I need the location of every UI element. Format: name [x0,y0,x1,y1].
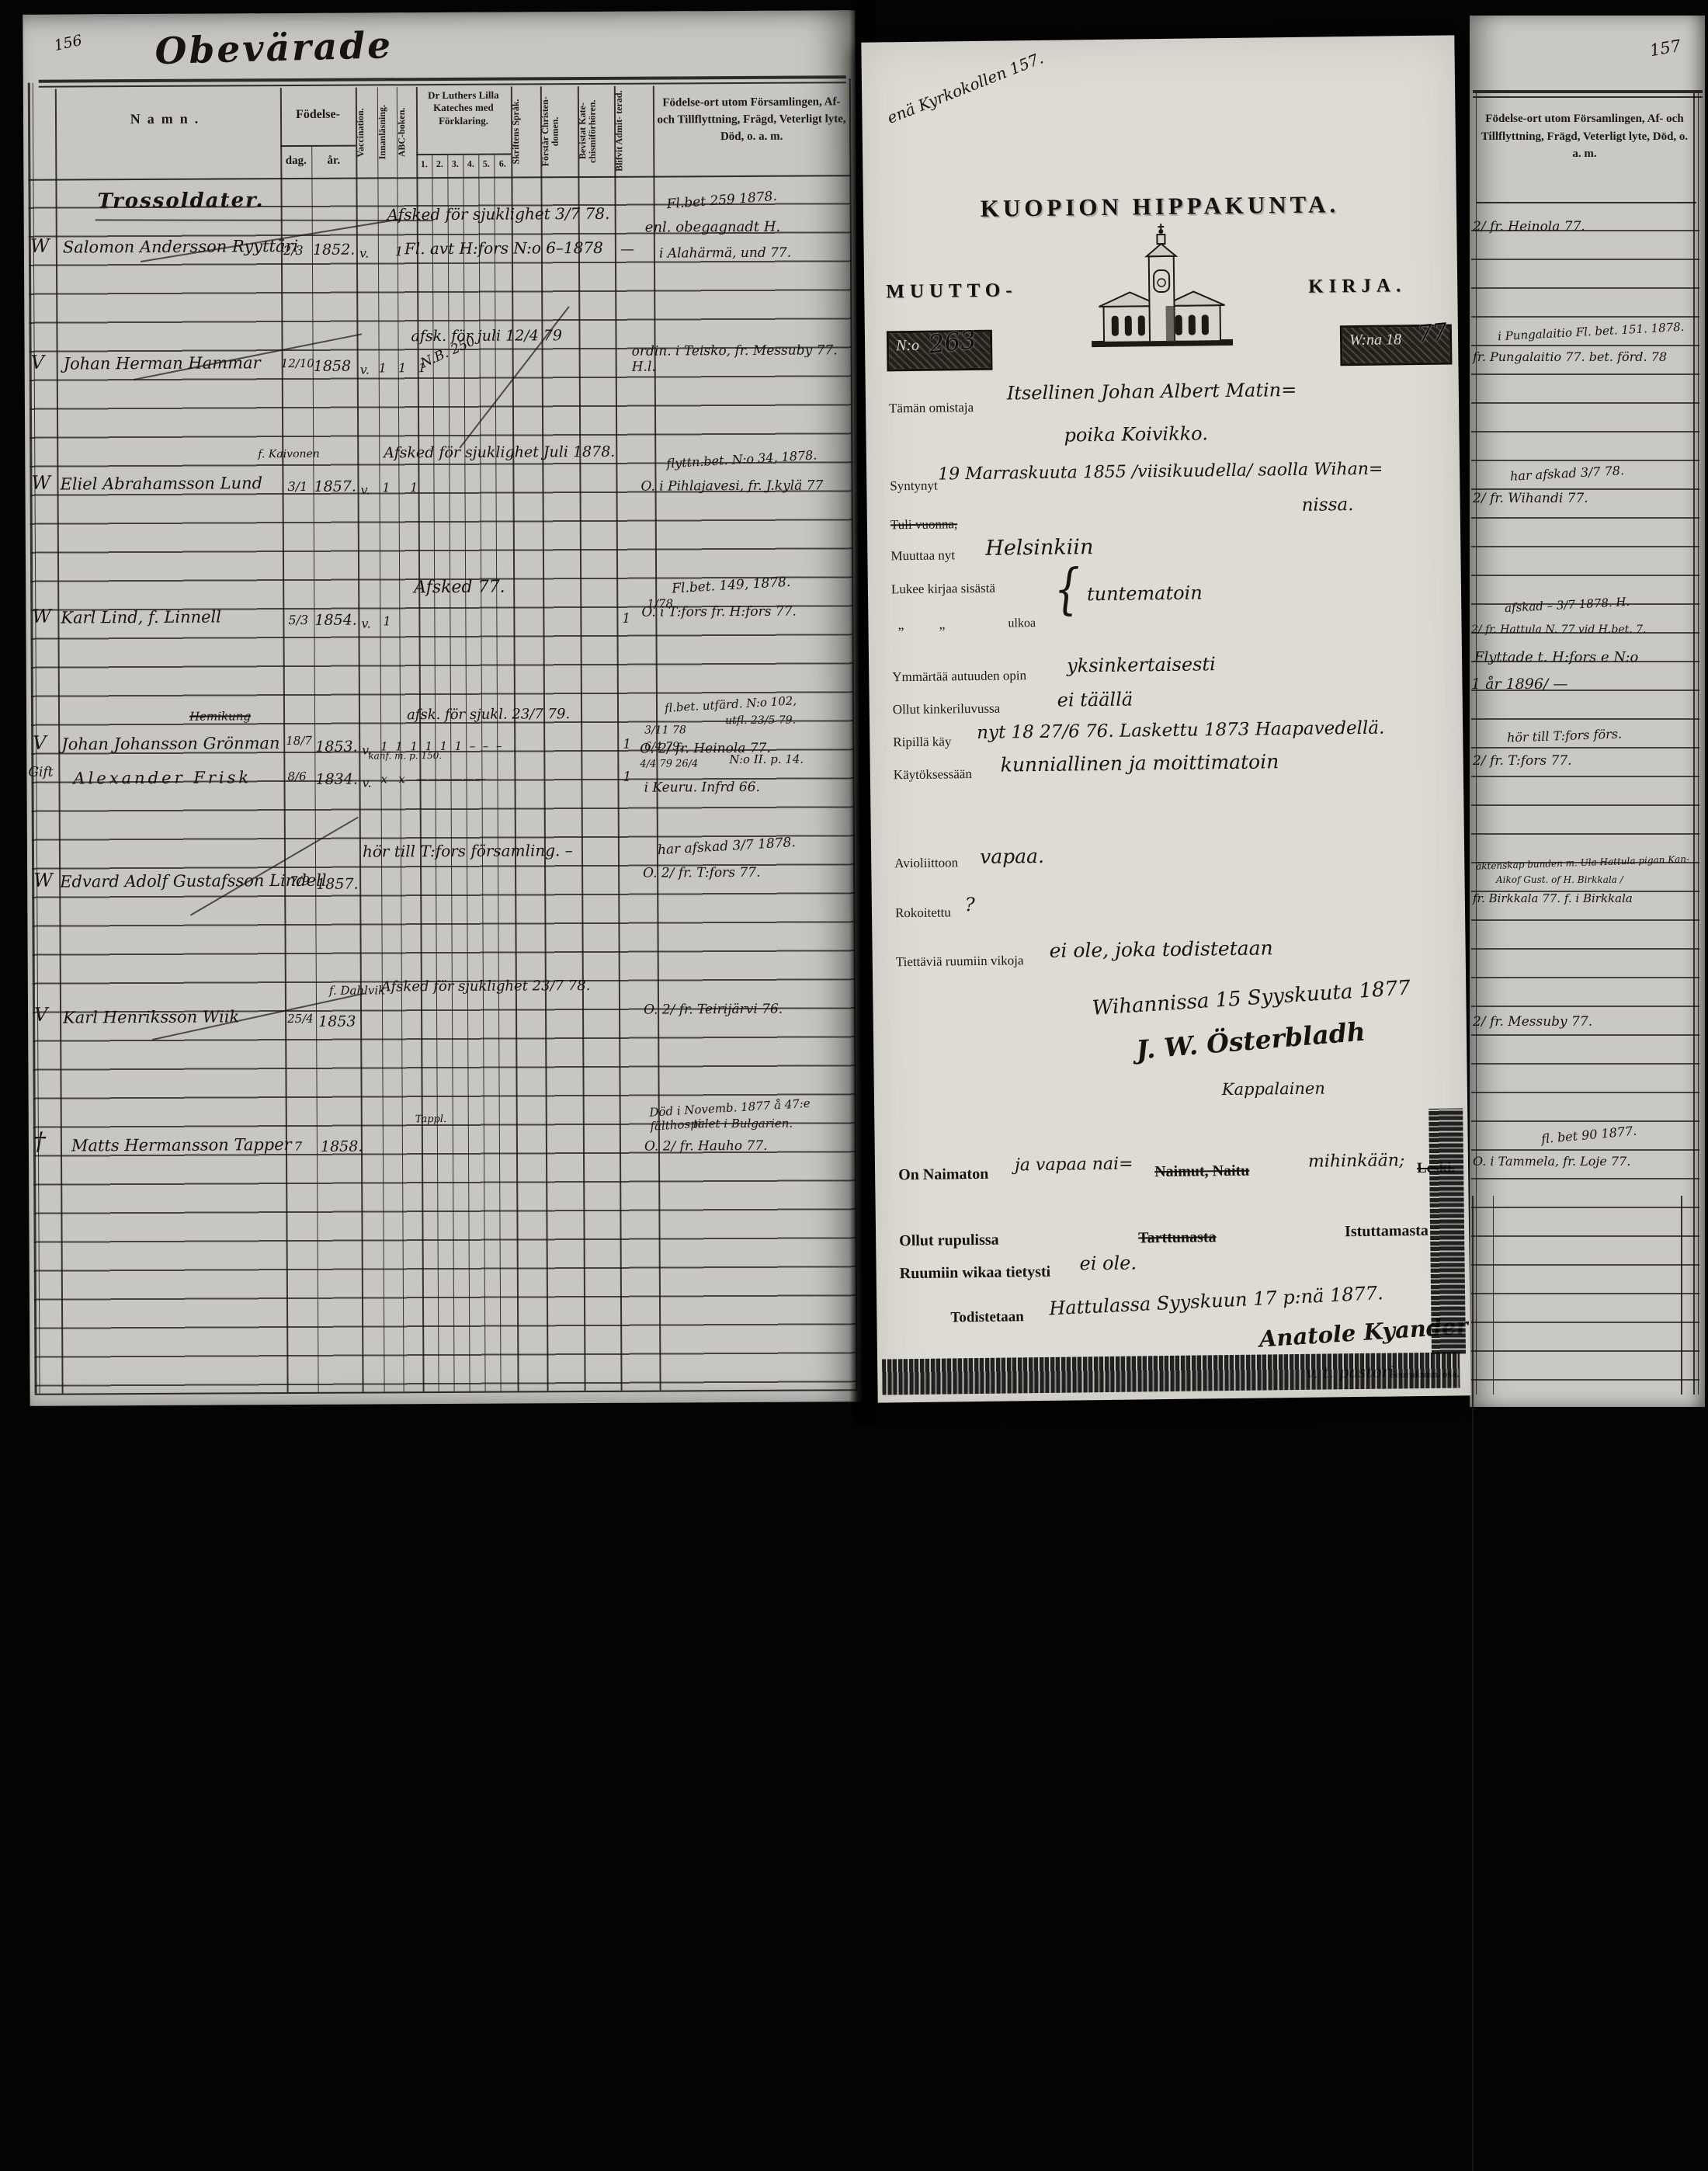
page-number-right: 157 [1648,36,1682,61]
row-marks: 1 [383,613,391,628]
row-birth-year: 1858. [321,1138,363,1155]
row-marks: 1 1 [382,480,418,495]
doc-word-left: MUUTTO- [886,280,1018,303]
year-box-label: W:na 18 [1349,331,1401,349]
row-birth-day: 8/6 [287,769,306,783]
signature: J. W. Österbladh [1135,1016,1366,1065]
doc-word-right: KIRJA. [1308,275,1406,298]
row-note-mid: talet i Bulgarien. [693,1117,793,1131]
header-bevistat: Bevistat Kate- chismiförhören. [578,88,615,175]
row-remark: hör till T:fors församling. – [363,841,573,860]
lace-border-bottom [882,1352,1460,1395]
row-birth-year: 1852. [313,241,356,259]
year-value: 77 [1416,318,1448,349]
reads-quotes: „ „ [897,616,945,633]
row-note: 2/ fr. Wihandi 77. [1473,491,1588,506]
row-vaccination: v. [362,775,371,790]
pox-struck: Tarttunasta [1138,1228,1217,1247]
row-note2: Flyttade t. H:fors e N:o [1474,649,1638,665]
row-birth-day: 7/9 [290,874,310,888]
row-birth-day: 2/3 [283,243,304,258]
header-katekes: Dr Luthers Lilla Kateches med Förklaring… [416,89,511,127]
header-k1: 1. [416,158,432,170]
lace-border-right [1429,1108,1466,1354]
row-note: O. 2/ fr. T:fors 77. [643,865,760,881]
row-marks: 1 1 1 [379,360,426,375]
row-name-super: Tappl. [415,1113,446,1125]
row-note: fr. Birkkala 77. f. i Birkkala [1473,891,1633,905]
place-date: Wihannissa 15 Syyskuuta 1877 [1092,976,1411,1020]
header-vaccination: Vaccination. [356,89,378,175]
row-note: i Keuru. Infrd 66. [644,780,759,796]
header-abc-boken: ABC-boken. [397,89,417,175]
header-ar: år. [311,155,356,168]
col-line [1681,1196,1682,1395]
understands-value: yksinkertaisesti [1067,653,1216,676]
row-name: Karl Lind, f. Linnell [61,607,221,627]
row-note3: 1 år 1896/ — [1471,676,1567,693]
marital-label: On Naimaton [898,1165,988,1184]
header-k6: 6. [494,158,511,170]
row-note: ordin. i Teisko, fr. Messuby 77. H.l. [632,342,857,375]
defects-value: ei ole, joka todistetaan [1049,936,1272,962]
section-heading: Trossoldater. [97,189,264,213]
fodelse-split-rule [280,145,356,148]
reads-brace: { [1054,558,1080,621]
row-birth-day: 7 [294,1139,302,1154]
marriage-value: vapaa. [980,845,1044,868]
church-icon [1087,223,1236,355]
header-namn: Namn. [55,110,280,128]
row-birth-year: 1853 [318,1013,356,1030]
understands-label: Ymmärtää autuuden opin [892,668,1026,685]
row-note-top: N:o II. p. 14. [729,752,804,767]
born-label: Syntynyt [890,478,938,495]
header-skriftens: Skriftens Språk. [511,88,541,175]
row-name: Karl Henriksson Wiik [63,1007,239,1026]
row-remark: Afsked för sjuklighet Juli 1878. [384,443,615,462]
row-birth-day: 3/1 [287,479,307,494]
corner-annotation: enä Kyrkokollen 157. [884,48,1046,127]
row-marks: 1 [395,244,403,259]
header-k3: 3. [447,158,463,170]
defect-label: Ruumiin wikaa tietysti [900,1263,1051,1283]
row-birth-year: 1834. [315,771,358,788]
row-note: 2/ fr. Heinola 77. [1473,219,1585,234]
row-birth-year: 1854. [314,612,357,629]
row-name-super: Hemikung [189,709,251,723]
row-admitted: 1 [622,611,630,627]
row-name: Johan Johansson Grönman [61,734,279,753]
certify-value: Hattulassa Syyskuun 17 p:nä 1877. [1049,1282,1384,1319]
row-vaccination: v. [360,362,370,377]
ruled-lines-right [1471,203,1699,1395]
row-remark: Afsked för sjuklighet 3/7 78. [387,204,610,224]
row-marks: x x —————— [380,772,486,787]
row-name: Johan Herman Hammar [64,353,261,373]
marriage-label: Avioliittoon [894,855,958,871]
row-remark: Afsked för sjuklighet 23/7 78. [381,978,591,995]
number-value: 263 [927,325,977,360]
marital-struck: Naimut, Naitu [1154,1162,1250,1181]
row-birth-year: 1857. [316,876,359,893]
muuttokirja-certificate: enä Kyrkokollen 157. KUOPION HIPPAKUNTA.… [861,35,1470,1402]
defects-label: Tiettäviä ruumiin vikoja [896,953,1024,970]
header-innanlasning: Innanläsning. [377,89,397,175]
moves-label: Muuttaa nyt [890,547,955,564]
row-admitted: — [620,241,634,258]
reads-outer-label: ulkoa [1008,617,1036,630]
header-notes-left: Födelse-ort utom Församlingen, Af- och T… [656,94,847,146]
owner-value: Itsellinen Johan Albert Matin= [1007,379,1297,405]
came-label: Tuli vuonna, [890,516,958,533]
header-dag: dag. [280,155,311,168]
row-note: 2/ fr. T:fors 77. [1473,753,1572,769]
marital-note2: mihinkään; [1308,1151,1405,1172]
row-note: i Alahärmä, und 77. [659,245,791,262]
communion-value: nyt 18 27/6 76. Laskettu 1873 Haapavedel… [977,718,1384,743]
row-note: O. 2/ fr. Teirijärvi 76. [644,1002,783,1018]
row-birth-day: 12/10 [281,356,314,370]
reads-label: Lukee kirjaa sisästä [891,581,995,598]
row-margin-mark: V [34,1004,47,1026]
conduct-value: kunniallinen ja moittimatoin [1001,750,1279,776]
born-value: 19 Marraskuuta 1855 /viisikuudella/ saol… [938,460,1383,485]
kinkeri-value: ei täällä [1057,689,1133,711]
row-margin-mark: V [33,732,46,754]
moves-value: Helsinkiin [985,535,1093,561]
row-name: Alexander Frisk [73,768,252,787]
row-margin-mark: V [31,352,44,373]
row-birth-day: 25/4 [287,1012,314,1026]
row-name-super: f. Kaivonen [258,448,320,460]
owner-label: Tämän omistaja [889,400,974,416]
row-admitted: 1 [623,769,631,785]
reads-value: tuntematoin [1087,582,1203,605]
signer-title: Kappalainen [1222,1079,1325,1099]
header-k2: 2. [432,158,447,170]
defect-value: ei ole. [1079,1252,1137,1275]
row-birth-day: 5/3 [288,613,308,627]
diocese-heading: KUOPION HIPPAKUNTA. [863,189,1456,224]
row-margin-mark: W [33,870,53,891]
row-note: 2/ fr. Messuby 77. [1473,1014,1592,1030]
pox-right-label: Istuttamasta [1345,1222,1429,1241]
row-dates: 4/4 79 26/4 [640,758,698,769]
row-name: Eliel Abrahamsson Lund [60,474,262,493]
row-margin-mark: W [32,606,51,627]
row-note: O. i Tammela, fr. Loje 77. [1473,1154,1630,1169]
row-vaccination: v. [361,616,370,630]
page-number-left: 156 [53,32,84,54]
row-remark: Afsked 77. [414,578,505,598]
marital-note: ja vapaa nai= [1015,1155,1133,1176]
col-line [1472,1196,1474,1426]
row-admitted: 1 [623,737,631,752]
col-line [1493,1196,1494,1395]
row-note: O. i Pihlajavesi, fr. J.kylä 77 [640,478,823,494]
header-forstar: Förstår Christen- domen. [540,88,578,175]
header-k4: 4. [463,158,478,170]
row-birth-year: 1857. [314,478,356,495]
header-notes-right: Födelse-ort utom Församlingen, Af- och T… [1481,110,1689,163]
row-note: O. i T:fors fr. H:fors 77. [641,604,797,620]
owner-value2: poika Koivikko. [1064,422,1208,446]
row-margin-mark: Gift [28,765,53,780]
vaccinated-label: Rokoitettu [895,905,951,921]
row-note: enl. obegagnadt H. [645,219,781,236]
row-birth-year: 1858 [314,358,351,375]
row-vaccination: v. [360,482,370,497]
ledger-page-right: 157 Födelse-ort utom Församlingen, Af- o… [1470,16,1705,1407]
row-birth-year: 1853. [315,738,358,756]
row-note: O. 2/ fr. Hauho 77. [644,1138,768,1155]
born-value2: nissa. [1301,495,1353,516]
ledger-page-left: 156 Obevärade Namn. Födelse- dag. år. Va… [23,10,862,1406]
header-k5: 5. [478,158,494,170]
number-box-label: N:o [896,337,919,355]
title-rule-thin [39,82,846,87]
row-remark: Fl. avt H:fors N:o 6–1878 [404,238,603,258]
header-fodelse: Födelse- [280,108,356,123]
communion-label: Ripillä käy [893,734,951,750]
row-name: Matts Hermansson Tapper [71,1135,292,1155]
row-margin-mark: W [30,235,50,257]
row-note-top2: utfl. 23/5 79. [725,714,796,727]
header-blifvit: Blifvit Admit- terad. [614,88,654,175]
row-vaccination: v. [359,245,369,260]
row-name: Edvard Adolf Gustafsson Lindell [60,871,327,891]
conduct-label: Käytöksessään [894,766,972,783]
page-title: Obevärade [154,24,394,73]
dagger-cross-icon: † [33,1127,46,1156]
title-rule-thin [1473,96,1703,98]
row-note-mid: Aikof Gust. of H. Birkkala / [1496,874,1623,885]
certify-label: Todistetaan [950,1308,1024,1326]
pox-label: Ollut rupulissa [899,1231,999,1251]
row-remark: afsk. för sjukl. 23/7 79. [407,706,570,723]
title-rule-thick [1473,90,1703,93]
row-note: fr. Pungalaitio 77. bet. förd. 78 [1473,349,1667,364]
row-birth-day: 18/7 [286,734,312,748]
row-note: 2/ fr. Hattula N. 77 vid H.bet. 7. [1471,624,1647,636]
row-name-super: kanf. m. p. 150. [368,750,442,761]
row-margin-mark: W [31,472,50,494]
vaccinated-value: ? [965,894,975,915]
kinkeri-label: Ollut kinkeriluvussa [893,701,1001,718]
